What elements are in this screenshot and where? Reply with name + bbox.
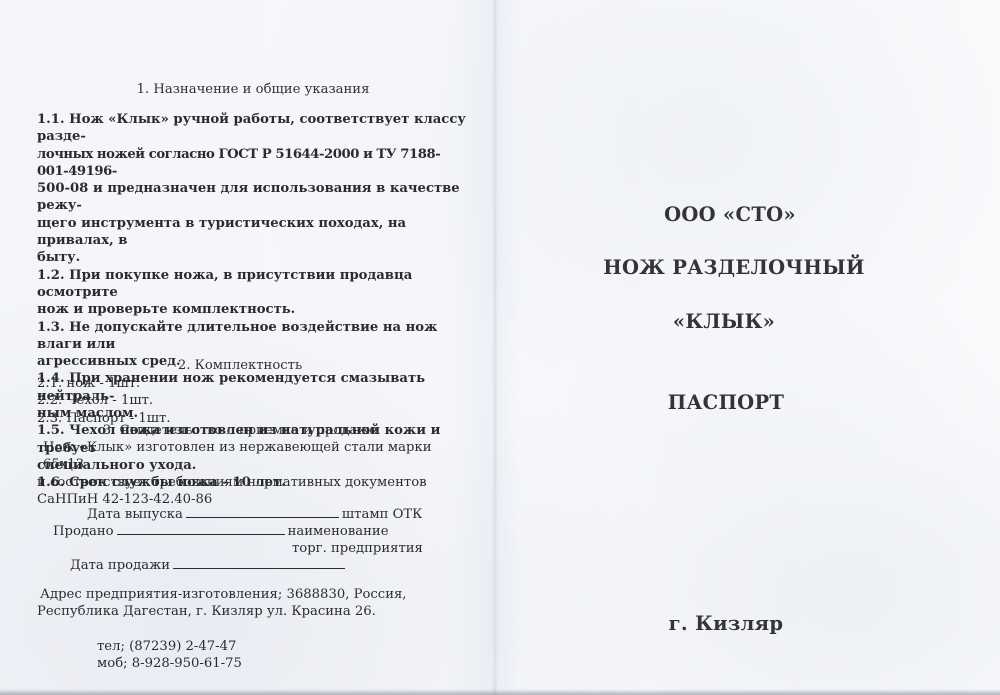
sale-date-row: Дата продажи [70,557,348,574]
sold-field[interactable] [117,523,285,535]
section-1-title: 1. Назначение и общие указания [8,81,498,98]
sold-row: Проданонаименование [53,523,389,540]
section-2-body: 2.1. нож - 1шт. 2.2. Чехол - 1шт. 2.3. П… [37,375,467,427]
section-1-line: быту. [37,249,467,266]
release-date-field[interactable] [186,506,339,518]
page-fold [492,0,498,695]
address-line-1: Адрес предприятия-изготовления; 3688830,… [40,586,407,603]
release-date-label: Дата выпуска [87,507,183,522]
kit-item: 2.1. нож - 1шт. [37,375,467,392]
org-name-label-2: торг. предприятия [292,541,423,556]
product-type: НОЖ РАЗДЕЛОЧНЫЙ [484,256,984,279]
left-page: 1. Назначение и общие указания 1.1. Нож … [0,0,490,695]
section-2-title: 2. Комплектность [0,357,485,374]
release-date-row: Дата выпускаштамп ОТК [87,506,422,523]
otk-stamp-label: штамп ОТК [342,507,422,522]
mobile-number: моб; 8-928-950-61-75 [97,655,242,672]
kit-item: 2.2. Чехол - 1шт. [37,392,467,409]
section-1-line: 500-08 и предназначен для использования … [37,180,467,215]
section-1-line: лочных ножей согласно ГОСТ Р 51644-2000 … [37,146,467,181]
section-3-line: Нож «Клык» изготовлен из нержавеющей ста… [37,439,467,474]
section-1-line: нож и проверьте комплектность. [37,301,467,318]
org-name-label: наименование [288,524,389,539]
section-3-body: Нож «Клык» изготовлен из нержавеющей ста… [37,439,467,508]
section-1-line: 1.2. При покупке ножа, в присутствии про… [37,267,467,302]
document-type: ПАСПОРТ [476,391,976,414]
org-name-row: торг. предприятия [292,540,423,557]
section-3-line: и соответствует требованиям нормативных … [37,474,467,491]
section-3-title: 3. Свидетельство о приемке и продаже [0,422,485,439]
sale-date-label: Дата продажи [70,558,170,573]
company-name: ООО «СТО» [480,203,980,226]
section-1-line: щего инструмента в туристических походах… [37,215,467,250]
right-page-cover: ООО «СТО» НОЖ РАЗДЕЛОЧНЫЙ «КЛЫК» ПАСПОРТ… [500,0,1000,695]
section-1-line: 1.1. Нож «Клык» ручной работы, соответст… [37,111,467,146]
section-1-line: 1.3. Не допускайте длительное воздействи… [37,319,467,354]
phone-number: тел; (87239) 2-47-47 [97,638,236,655]
sale-date-field[interactable] [173,557,345,569]
product-name: «КЛЫК» [474,310,974,333]
address-line-2: Республика Дагестан, г. Кизляр ул. Краси… [37,603,376,620]
sold-label: Продано [53,524,114,539]
city: г. Кизляр [476,612,976,635]
scanned-leaflet: 1. Назначение и общие указания 1.1. Нож … [0,0,1000,695]
